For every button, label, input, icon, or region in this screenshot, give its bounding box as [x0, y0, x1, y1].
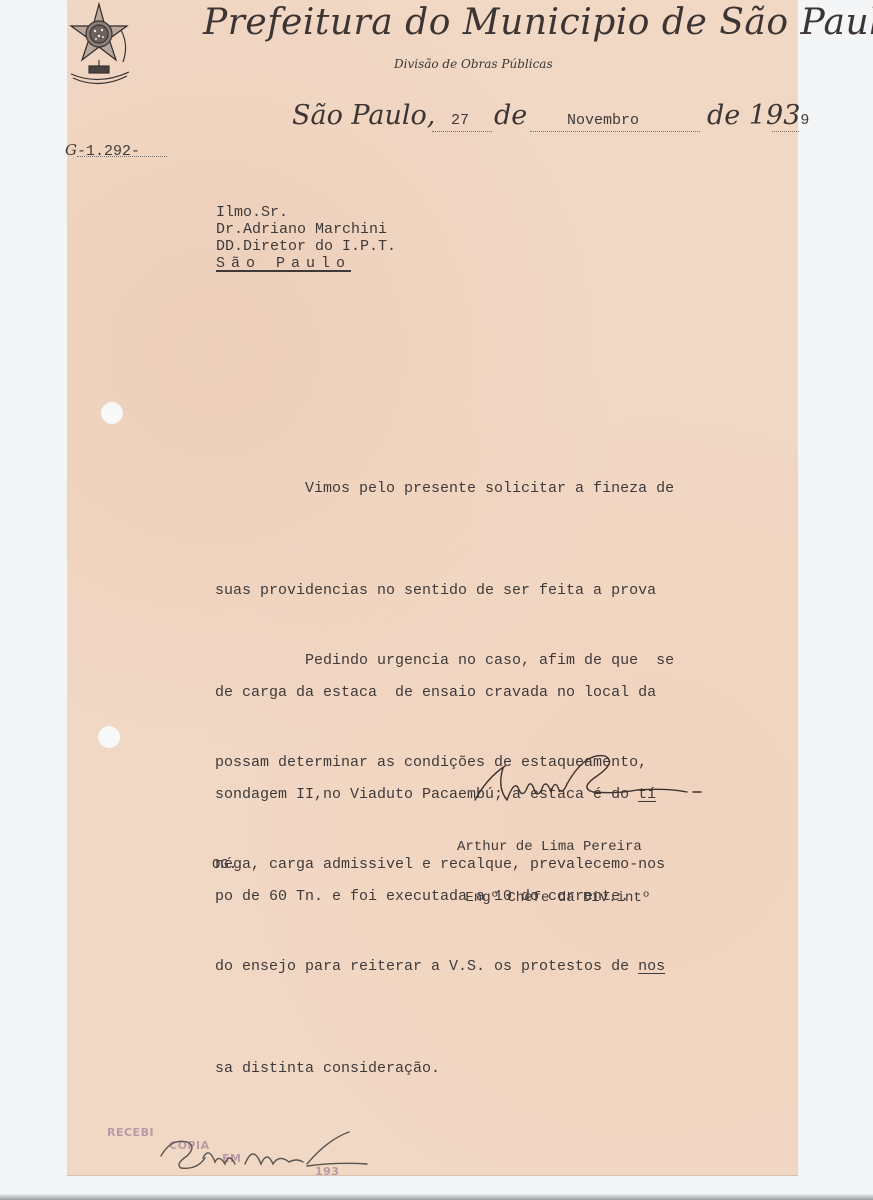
signatory-name: Arthur de Lima Pereira	[457, 839, 650, 856]
punch-hole	[101, 402, 123, 424]
date-day-dotted-line	[432, 131, 492, 132]
signatory-title: Engº Chefe da Div.intº	[457, 890, 650, 907]
addressee-city: São Paulo	[216, 255, 351, 273]
division-name: Divisão de Obras Públicas	[394, 57, 553, 71]
typist-initials: OG.	[212, 857, 237, 873]
stamp-word: RECEBI	[107, 1126, 154, 1139]
body-line: sa distinta consideração.	[215, 1052, 674, 1086]
body-line-text: do ensejo para reiterar a V.S. os protes…	[215, 958, 638, 975]
reference-prefix: G	[65, 141, 77, 159]
reference-value: -1.292-	[77, 143, 140, 160]
receipt-signature	[157, 1128, 387, 1173]
body-line: Vimos pelo presente solicitar a fineza d…	[215, 472, 674, 506]
addressee-line-3: DD.Diretor do I.P.T.	[216, 238, 396, 256]
addressee-line-1: Ilmo.Sr.	[216, 204, 288, 222]
underlined-text: nos	[638, 958, 665, 975]
signatory-block: Arthur de Lima Pereira Engº Chefe da Div…	[457, 805, 650, 941]
date-de-1: de	[494, 100, 527, 131]
date-month: Novembro	[567, 112, 639, 129]
coat-of-arms-icon	[67, 0, 131, 88]
punch-hole	[98, 726, 120, 748]
date-city: São Paulo,	[292, 100, 435, 131]
date-month-dotted-line	[530, 131, 700, 132]
letterhead-title: Prefeitura do Municipio de São Paulo	[203, 2, 873, 43]
body-line: Pedindo urgencia no caso, afim de que se	[215, 644, 674, 678]
date-day: 27	[451, 112, 469, 129]
date-year-prefix: de 1939	[707, 100, 809, 131]
reference-number: G-1.292-	[65, 141, 140, 160]
reference-dotted-line	[77, 156, 167, 157]
body-line: do ensejo para reiterar a V.S. os protes…	[215, 950, 674, 984]
letter-paper: Prefeitura do Municipio de São Paulo Div…	[67, 0, 798, 1175]
addressee-line-2: Dr.Adriano Marchini	[216, 221, 387, 239]
date-year-digit: 9	[800, 112, 809, 129]
receipt-stamp: RECEBI COPIA EM 193	[107, 1113, 124, 1191]
handwritten-signature	[467, 748, 717, 808]
date-year-script: de 193	[707, 100, 800, 131]
scanner-edge	[0, 1194, 873, 1200]
date-year-dotted-line	[772, 131, 799, 132]
